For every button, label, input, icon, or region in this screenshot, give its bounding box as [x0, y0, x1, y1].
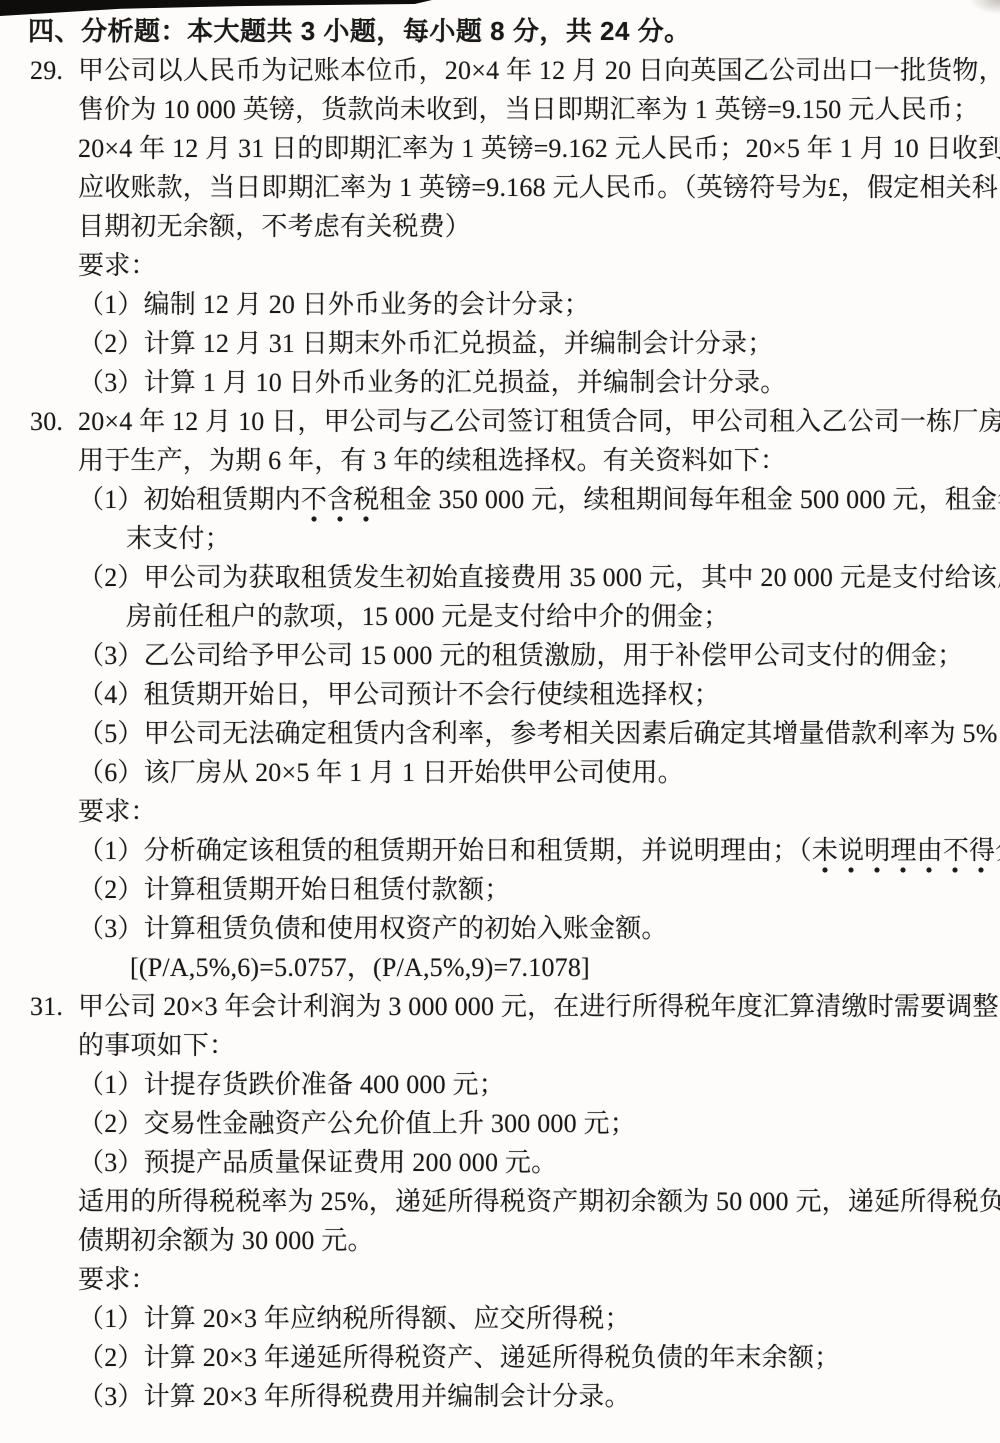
q31-number: 31. — [30, 987, 78, 1026]
q29-line-5: 目期初无余额，不考虑有关税费） — [0, 207, 1000, 246]
q30-item-1: （1）初始租赁期内不含税租金 350 000 元，续租期间每年租金 500 00… — [0, 480, 1000, 519]
q30-require-1-emphasized: 未说明理由不得分 — [812, 836, 1000, 873]
q29-line-4: 应收账款，当日即期汇率为 1 英镑=9.168 元人民币。（英镑符号为£，假定相… — [0, 168, 1000, 207]
q31-item-2: （2）交易性金融资产公允价值上升 300 000 元； — [0, 1104, 1000, 1143]
q29-require-3: （3）计算 1 月 10 日外币业务的汇兑损益，并编制会计分录。 — [0, 363, 1000, 402]
q30-number: 30. — [30, 402, 78, 441]
q31-item-1: （1）计提存货跌价准备 400 000 元； — [0, 1065, 1000, 1104]
q30-item-4: （4）租赁期开始日，甲公司预计不会行使续租选择权； — [0, 675, 1000, 714]
document-body: 四、分析题：本大题共 3 小题，每小题 8 分，共 24 分。 29.甲公司以人… — [0, 0, 1000, 1416]
q30-item-1-emphasized: 不含税 — [301, 485, 380, 522]
q30-item-1-post: 租金 350 000 元，续租期间每年租金 500 000 元，租金年 — [379, 485, 1000, 514]
q29-line-3: 20×4 年 12 月 31 日的即期汇率为 1 英镑=9.162 元人民币；2… — [0, 129, 1000, 168]
q31-require-label: 要求： — [0, 1260, 1000, 1299]
q30-line-1: 30.20×4 年 12 月 10 日，甲公司与乙公司签订租赁合同，甲公司租入乙… — [0, 402, 1000, 441]
q29-line-1: 29.甲公司以人民币为记账本位币，20×4 年 12 月 20 日向英国乙公司出… — [0, 51, 1000, 90]
q30-item-1-cont: 末支付； — [0, 519, 1000, 558]
q31-line-2: 的事项如下： — [0, 1026, 1000, 1065]
section-header: 四、分析题：本大题共 3 小题，每小题 8 分，共 24 分。 — [0, 12, 1000, 51]
q31-tax-line-2: 债期初余额为 30 000 元。 — [0, 1221, 1000, 1260]
q31-require-1: （1）计算 20×3 年应纳税所得额、应交所得税； — [0, 1299, 1000, 1338]
q29-require-label: 要求： — [0, 246, 1000, 285]
q30-require-1-pre: （1）分析确定该租赁的租赁期开始日和租赁期，并说明理由；（ — [78, 836, 812, 865]
q30-pv-factors: [(P/A,5%,6)=5.0757，(P/A,5%,9)=7.1078] — [0, 948, 1000, 987]
q30-item-5: （5）甲公司无法确定租赁内含利率，参考相关因素后确定其增量借款利率为 5%； — [0, 714, 1000, 753]
q29-line-1-text: 甲公司以人民币为记账本位币，20×4 年 12 月 20 日向英国乙公司出口一批… — [78, 56, 1000, 85]
q30-item-2-cont: 房前任租户的款项，15 000 元是支付给中介的佣金； — [0, 597, 1000, 636]
q31-require-3: （3）计算 20×3 年所得税费用并编制会计分录。 — [0, 1377, 1000, 1416]
q30-require-2: （2）计算租赁期开始日租赁付款额； — [0, 870, 1000, 909]
q30-item-6: （6）该厂房从 20×5 年 1 月 1 日开始供甲公司使用。 — [0, 753, 1000, 792]
scanned-exam-page: 四、分析题：本大题共 3 小题，每小题 8 分，共 24 分。 29.甲公司以人… — [0, 0, 1000, 1443]
q30-line-1-text: 20×4 年 12 月 10 日，甲公司与乙公司签订租赁合同，甲公司租入乙公司一… — [78, 407, 1000, 436]
q31-item-3: （3）预提产品质量保证费用 200 000 元。 — [0, 1143, 1000, 1182]
q30-item-2: （2）甲公司为获取租赁发生初始直接费用 35 000 元，其中 20 000 元… — [0, 558, 1000, 597]
q31-line-1: 31.甲公司 20×3 年会计利润为 3 000 000 元，在进行所得税年度汇… — [0, 987, 1000, 1026]
q30-line-2: 用于生产，为期 6 年，有 3 年的续租选择权。有关资料如下： — [0, 441, 1000, 480]
q29-require-1: （1）编制 12 月 20 日外币业务的会计分录； — [0, 285, 1000, 324]
q31-tax-line-1: 适用的所得税税率为 25%，递延所得税资产期初余额为 50 000 元，递延所得… — [0, 1182, 1000, 1221]
q29-number: 29. — [30, 51, 78, 90]
q31-line-1-text: 甲公司 20×3 年会计利润为 3 000 000 元，在进行所得税年度汇算清缴… — [78, 992, 999, 1021]
q30-require-3: （3）计算租赁负债和使用权资产的初始入账金额。 — [0, 909, 1000, 948]
q30-item-3: （3）乙公司给予甲公司 15 000 元的租赁激励，用于补偿甲公司支付的佣金； — [0, 636, 1000, 675]
q30-item-1-pre: （1）初始租赁期内 — [78, 485, 301, 514]
q29-line-2: 售价为 10 000 英镑，货款尚未收到，当日即期汇率为 1 英镑=9.150 … — [0, 90, 1000, 129]
q29-require-2: （2）计算 12 月 31 日期末外币汇兑损益，并编制会计分录； — [0, 324, 1000, 363]
q31-require-2: （2）计算 20×3 年递延所得税资产、递延所得税负债的年末余额； — [0, 1338, 1000, 1377]
q30-require-1: （1）分析确定该租赁的租赁期开始日和租赁期，并说明理由；（未说明理由不得分） — [0, 831, 1000, 870]
q30-require-label: 要求： — [0, 792, 1000, 831]
